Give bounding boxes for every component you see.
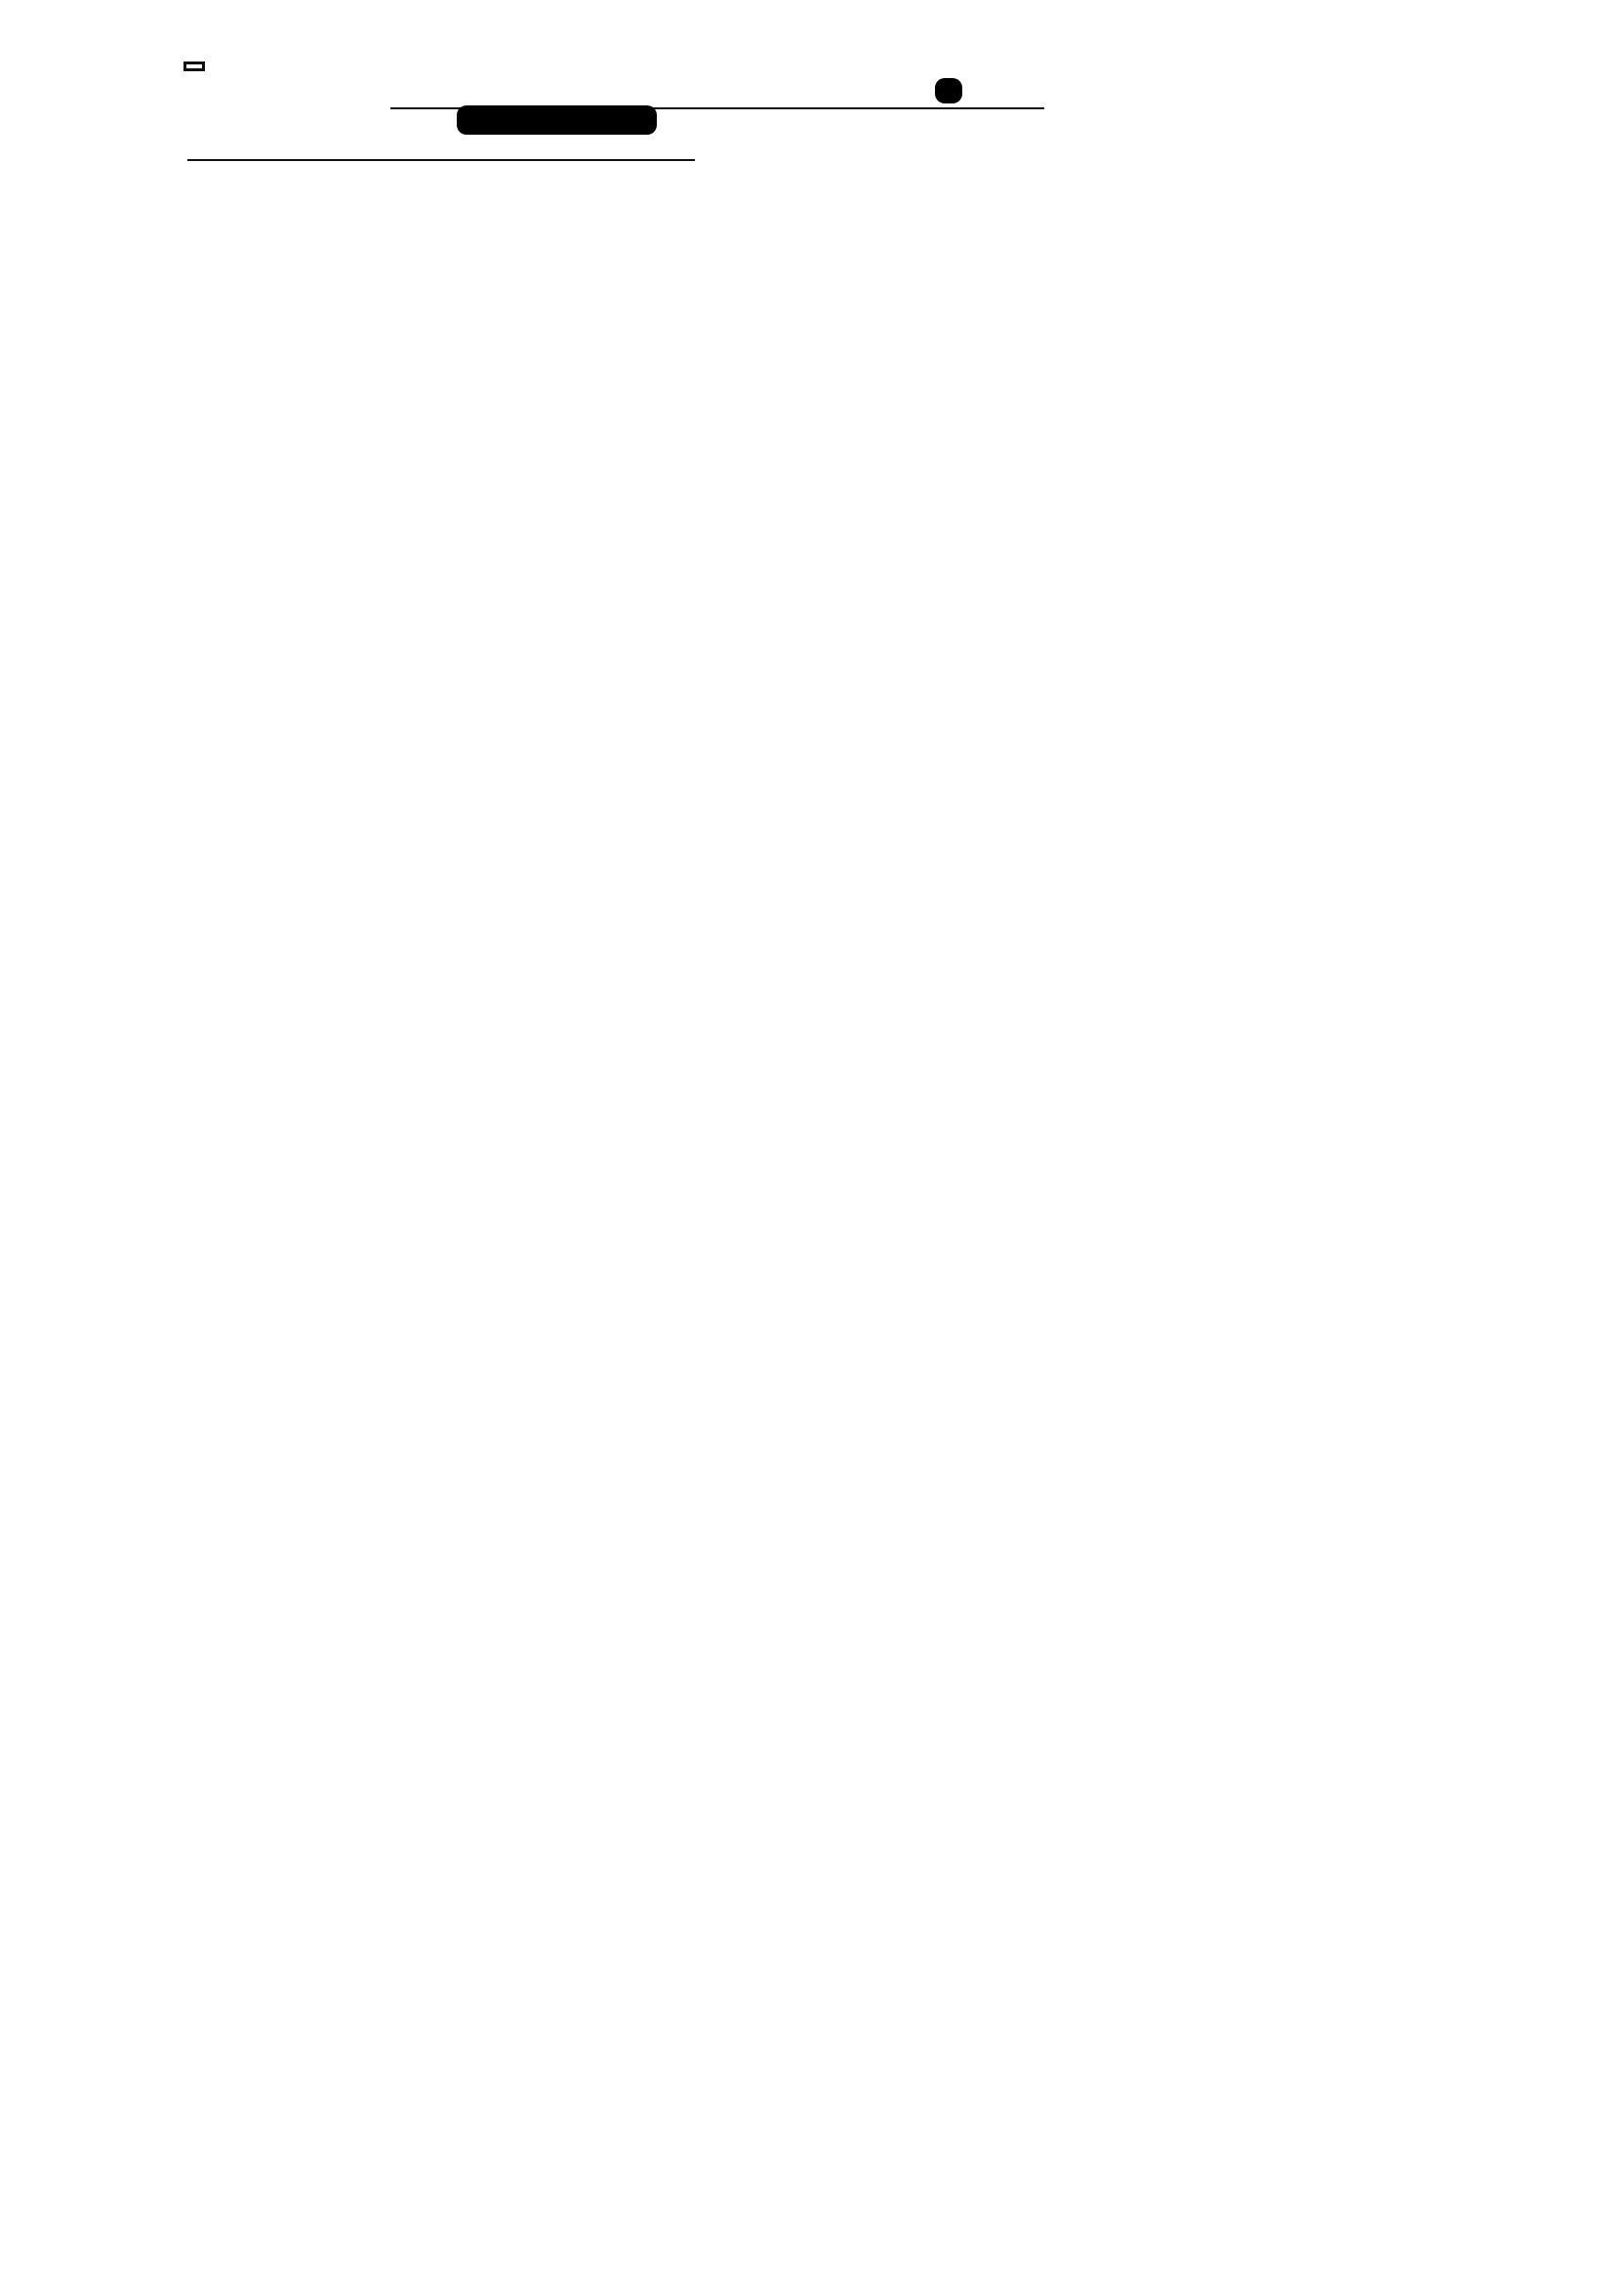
- usage-place: [191, 103, 215, 138]
- redacted-address: [457, 105, 657, 135]
- redacted-name: [935, 78, 962, 103]
- divider: [187, 159, 695, 161]
- notice-title: [183, 61, 205, 71]
